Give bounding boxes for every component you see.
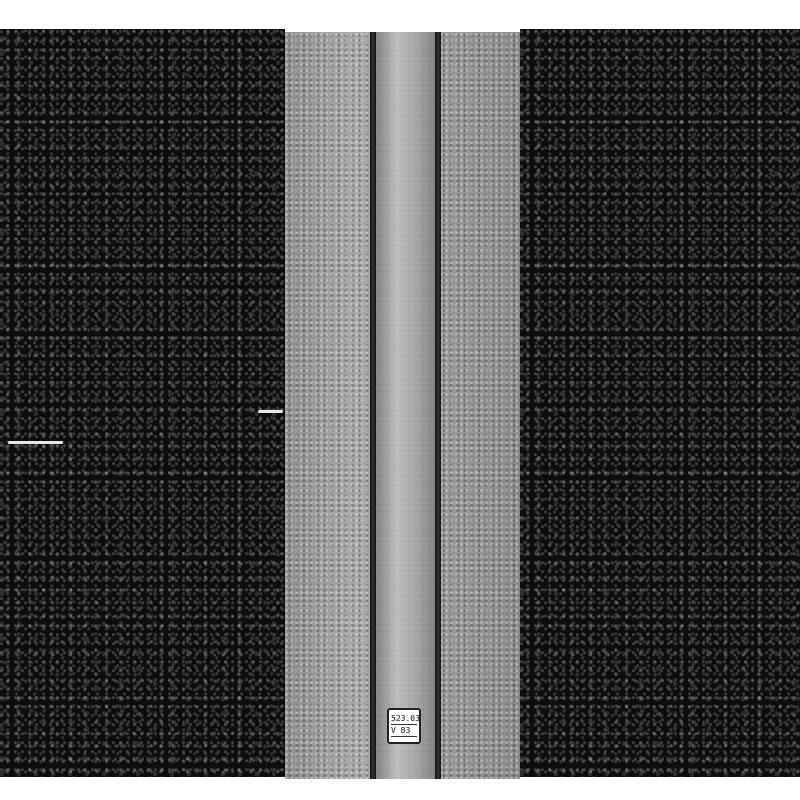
book-cover: 523.03 V 83 [0, 29, 800, 777]
book-spine: 523.03 V 83 [285, 32, 520, 779]
call-number-line-1: 523.03 [391, 713, 417, 725]
board-scuff [258, 410, 283, 413]
call-number-line-2: V 83 [391, 725, 417, 737]
book-cover-scan: 523.03 V 83 [0, 0, 800, 800]
spine-center-panel [376, 32, 435, 779]
front-board-marbled [520, 29, 800, 777]
back-board-marbled [0, 29, 285, 777]
board-scuff [8, 441, 63, 444]
spine-joint-right [435, 32, 441, 779]
shelf-label: 523.03 V 83 [387, 708, 421, 744]
